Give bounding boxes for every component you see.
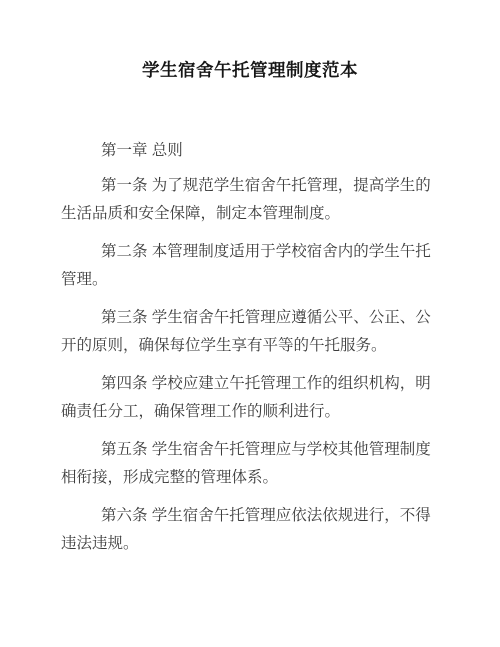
article-paragraph-5: 第五条 学生宿舍午托管理应与学校其他管理制度相衔接，形成完整的管理体系。: [61, 436, 439, 492]
article-paragraph-6: 第六条 学生宿舍午托管理应依法依规进行，不得违法违规。: [61, 502, 439, 558]
article-paragraph-3: 第三条 学生宿舍午托管理应遵循公平、公正、公开的原则，确保每位学生享有平等的午托…: [61, 304, 439, 360]
article-paragraph-2: 第二条 本管理制度适用于学校宿舍内的学生午托管理。: [61, 238, 439, 294]
article-paragraph-4: 第四条 学校应建立午托管理工作的组织机构，明确责任分工，确保管理工作的顺利进行。: [61, 370, 439, 426]
chapter-heading: 第一章 总则: [61, 137, 439, 165]
document-title: 学生宿舍午托管理制度范本: [61, 57, 439, 83]
document-body: 学生宿舍午托管理制度范本 第一章 总则 第一条 为了规范学生宿舍午托管理，提高学…: [0, 0, 500, 558]
document-page: 学生宿舍午托管理制度范本 第一章 总则 第一条 为了规范学生宿舍午托管理，提高学…: [0, 0, 500, 647]
article-paragraph-1: 第一条 为了规范学生宿舍午托管理，提高学生的生活品质和安全保障，制定本管理制度。: [61, 172, 439, 228]
